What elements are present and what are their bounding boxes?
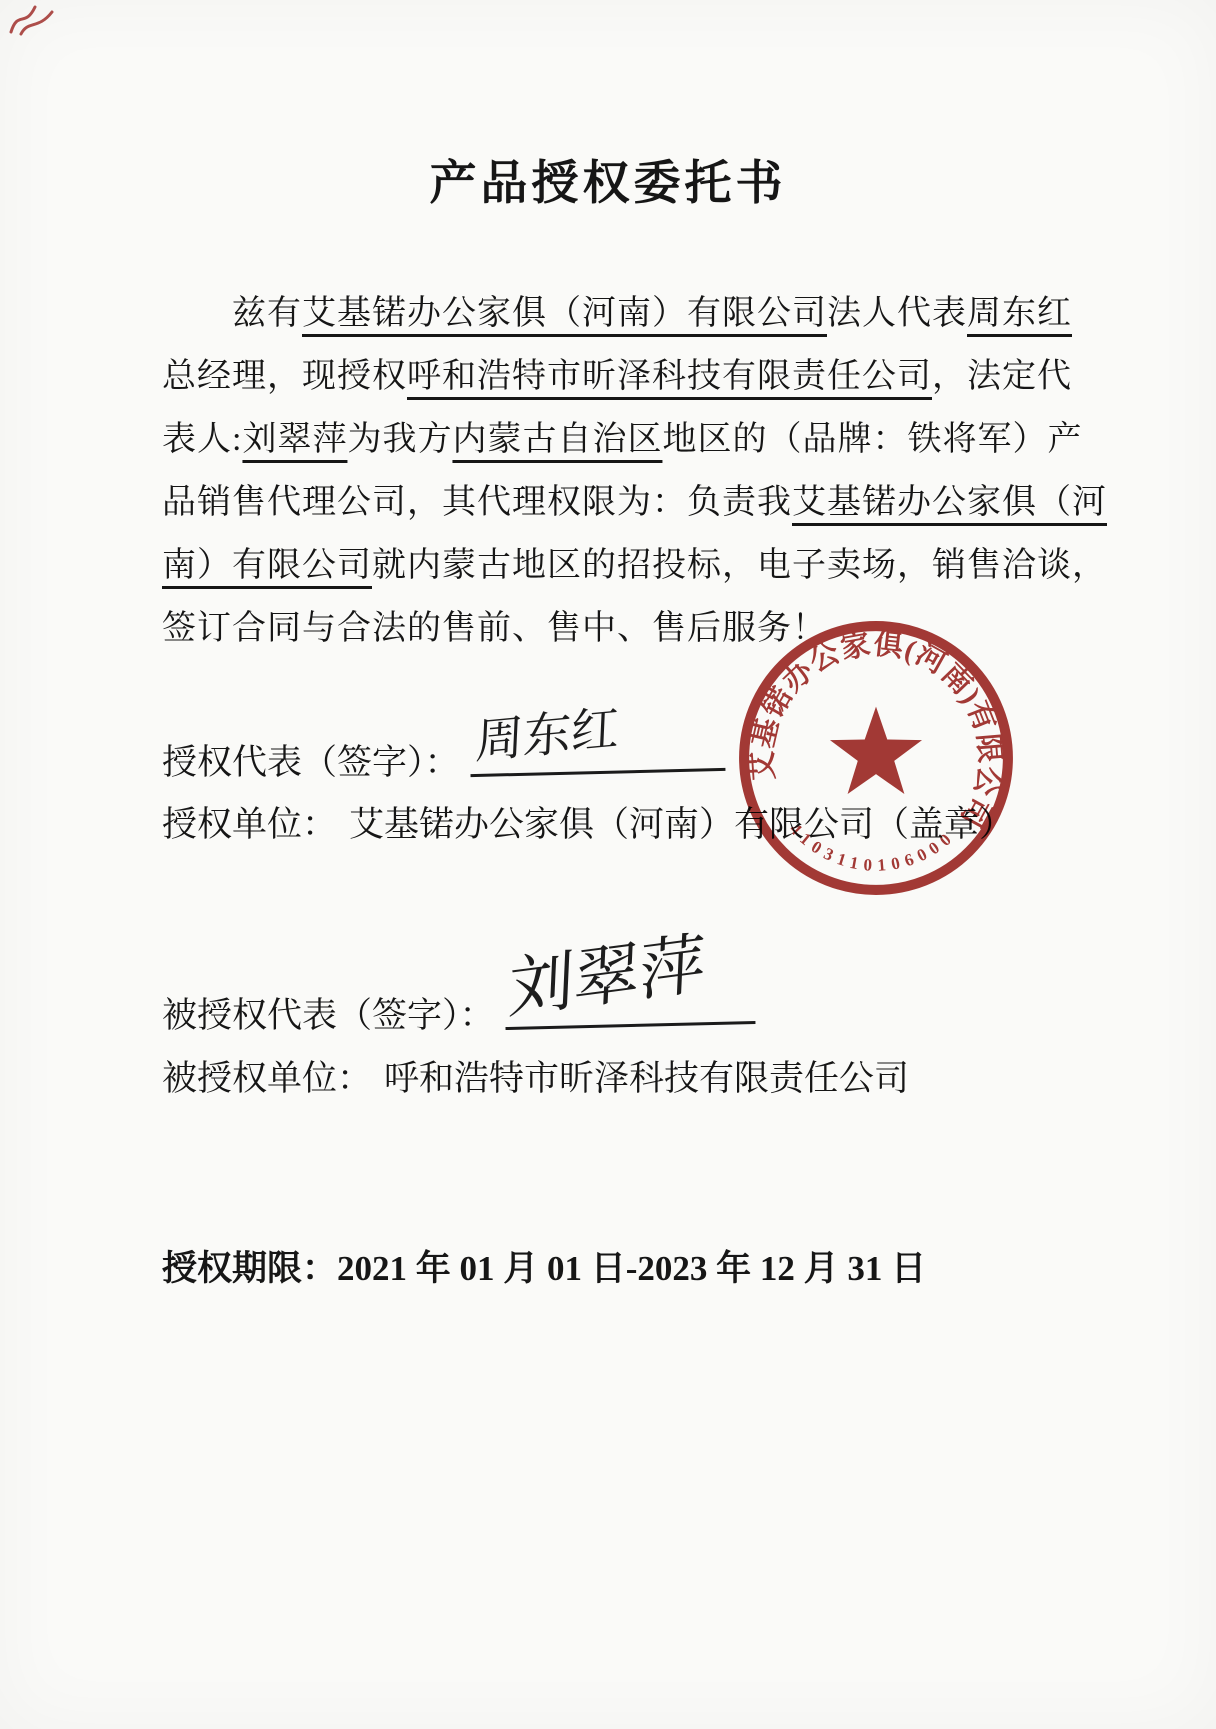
signature-line: 周东红 — [469, 728, 725, 777]
red-corner-scribble-mark — [6, 2, 58, 38]
authorized-unit-row: 被授权单位：呼和浩特市昕泽科技有限责任公司 — [162, 1051, 909, 1101]
handwritten-signature-liu: 刘翠萍 — [506, 909, 707, 1031]
handwritten-signature-zhou: 周东红 — [474, 689, 621, 772]
signature-line: 刘翠萍 — [504, 981, 755, 1030]
authorizer-rep-label: 授权代表（签字）： — [162, 743, 460, 782]
authorized-unit-value: 呼和浩特市昕泽科技有限责任公司 — [384, 1059, 909, 1098]
scanned-document-page: 产品授权委托书 兹有艾基锘办公家俱（河南）有限公司法人代表周东红 总经理，现授权… — [0, 0, 1216, 1729]
seal-star-icon — [830, 707, 922, 794]
company-seal-stamp: 艾基锘办公家俱(河南)有限公司 4103110106000 — [730, 612, 1022, 904]
paragraph-line: 总经理，现授权呼和浩特市昕泽科技有限责任公司，法定代 — [162, 345, 1092, 408]
paragraph-line: 南）有限公司就内蒙古地区的招投标，电子卖场，销售洽谈， — [162, 534, 1092, 597]
paragraph-line: 兹有艾基锘办公家俱（河南）有限公司法人代表周东红 — [162, 282, 1092, 345]
paragraph-line: 表人:刘翠萍为我方内蒙古自治区地区的（品牌：铁将军）产 — [162, 408, 1092, 471]
validity-value: 2021 年 01 月 01 日-2023 年 12 月 31 日 — [337, 1249, 926, 1288]
authorizer-unit-label: 授权单位： — [162, 805, 337, 844]
authorized-representative-row: 被授权代表（签字）：刘翠萍 — [162, 984, 755, 1038]
authorized-unit-label: 被授权单位： — [162, 1059, 372, 1098]
authorizer-representative-row: 授权代表（签字）：周东红 — [162, 731, 725, 785]
authorized-rep-label: 被授权代表（签字）： — [162, 996, 495, 1035]
validity-period-row: 授权期限：2021 年 01 月 01 日-2023 年 12 月 31 日 — [162, 1241, 926, 1291]
validity-label: 授权期限： — [162, 1249, 337, 1288]
document-title: 产品授权委托书 — [0, 146, 1216, 213]
paragraph-line: 品销售代理公司，其代理权限为：负责我艾基锘办公家俱（河 — [162, 471, 1092, 534]
body-paragraph: 兹有艾基锘办公家俱（河南）有限公司法人代表周东红 总经理，现授权呼和浩特市昕泽科… — [162, 282, 1092, 660]
seal-number-text: 4103110106000 — [786, 820, 959, 875]
